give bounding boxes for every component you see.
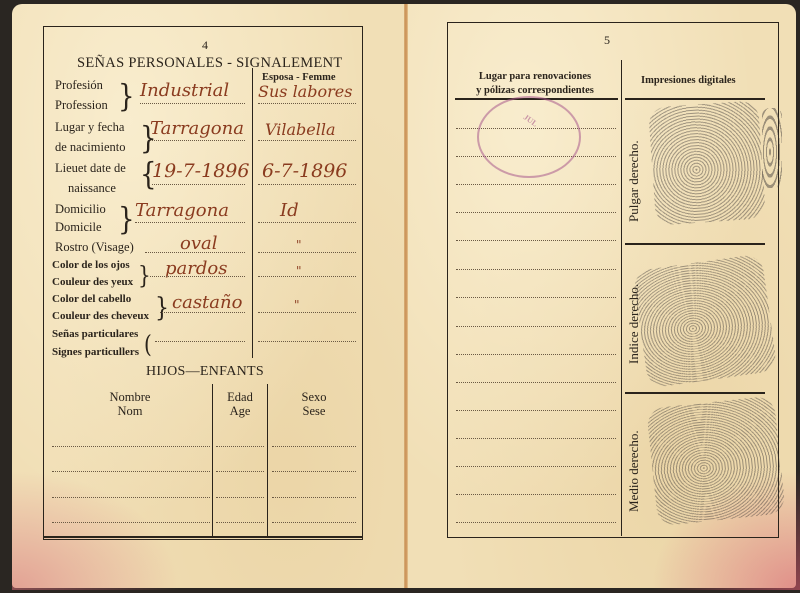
spouse-profession: Sus labores [258,82,352,101]
field-label-fr: Profession [55,95,108,115]
holder-profession: Industrial [140,80,229,101]
spouse-birthplace: Vilabella [265,120,336,139]
dotted-line [258,312,356,313]
dotted-line [140,103,245,104]
partial-fingerprint [762,108,782,188]
spouse-domicile: Id [280,200,299,221]
column-divider [267,384,268,536]
dotted-line [135,222,245,223]
official-stamp: JUL [477,96,581,178]
holder-birthplace: Tarragona [150,118,244,139]
brace: } [155,293,169,324]
dotted-line [150,276,245,277]
spouse-hair: " [294,298,300,312]
field-label-es: Lieuet date de [55,158,126,178]
fingerprint-divider [625,392,765,394]
dotted-line [258,276,356,277]
dotted-line [155,341,245,342]
dotted-line [152,184,245,185]
holder-birthdate: 19-7-1896 [152,160,249,182]
column-divider [621,60,622,536]
column-header-name: Nombre Nom [55,390,205,418]
field-label-fr: Couleur des cheveux [52,307,149,325]
column-divider [252,68,253,358]
field-label-fr: naissance [68,178,116,198]
field-label-es: Señas particulares [52,325,138,343]
column-header-sex: Sexo Sese [270,390,358,418]
spouse-birthdate: 6-7-1896 [262,160,347,182]
fingerprint-divider [625,243,765,245]
header-rule [625,98,765,100]
children-section-title: HIJOS—ENFANTS [146,364,264,380]
holder-face: oval [180,233,218,254]
dotted-line [160,312,245,313]
dotted-line [258,103,356,104]
field-label-es: Domicilio [55,199,106,219]
spouse-face: " [296,238,302,252]
renewal-line [456,522,616,523]
renewal-line [456,410,616,411]
renewal-line [456,494,616,495]
dotted-line [150,140,245,141]
field-label-es: Color de los ojos [52,256,130,274]
renewals-header: Lugar para renovaciones y pólizas corres… [455,70,615,98]
field-label-es: Color del cabello [52,290,131,308]
field-label-fr: Domicile [55,217,102,237]
field-label-fr: Couleur des yeux [52,273,133,291]
renewal-line [456,240,616,241]
field-label-fr: de nacimiento [55,137,125,157]
fingerprints-header: Impresiones digitales [641,75,736,86]
brace: } [118,204,135,235]
brace: } [118,81,135,112]
dotted-line [258,140,356,141]
table-bottom-rule [43,536,363,538]
dotted-line [145,252,245,253]
thumb-fingerprint [648,100,766,225]
field-label-es: Rostro (Visage) [55,237,134,257]
page-number: 5 [604,33,610,48]
middle-fingerprint [646,396,786,527]
renewal-line [456,382,616,383]
renewal-line [456,184,616,185]
column-header-age: Edad Age [214,390,266,418]
renewal-line [456,354,616,355]
renewal-line [456,297,616,298]
brace: } [138,259,151,290]
renewal-line [456,438,616,439]
fingerprint-label-middle: Medio derecho. [626,430,642,512]
page-number: 4 [202,38,208,53]
dotted-line [258,184,356,185]
fingerprint-label-thumb: Pulgar derecho. [626,140,642,222]
holder-domicile: Tarragona [135,200,229,221]
index-fingerprint [632,254,777,389]
field-label-es: Lugar y fecha [55,117,124,137]
holder-hair: castaño [172,292,242,313]
field-label-fr: Signes particullers [52,343,139,361]
renewal-line [456,269,616,270]
booklet-spine [404,4,408,588]
brace: ( [144,328,152,359]
dotted-line [258,222,356,223]
renewal-line [456,212,616,213]
renewal-line [456,466,616,467]
page-title: SEÑAS PERSONALES - SIGNALEMENT [77,55,343,72]
renewal-line [456,326,616,327]
dotted-line [258,341,356,342]
field-label-es: Profesión [55,75,103,95]
dotted-line [258,252,356,253]
